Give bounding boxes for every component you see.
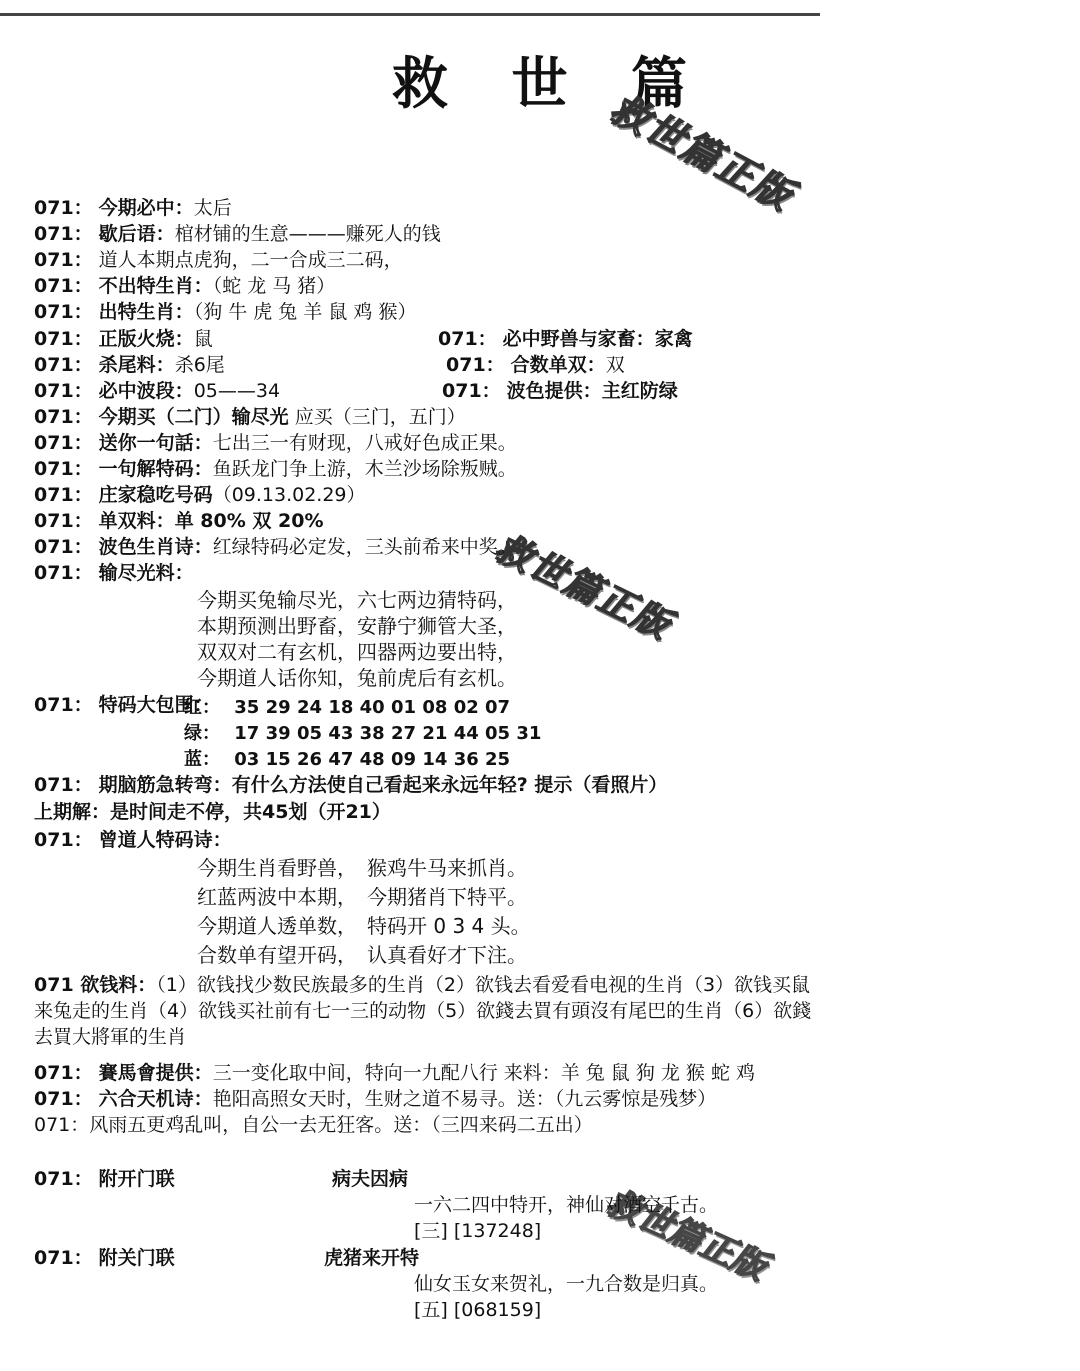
line-banker-numbers: 071：庄家稳吃号码（09.13.02.29） [34, 483, 366, 507]
couplet-close-verse: 仙女玉女来贺礼，一九合数是归真。 [414, 1272, 718, 1296]
line-wave-color: 071：波色提供：主红防绿 [442, 379, 678, 403]
couplet-open-code: [三] [137248] [414, 1219, 541, 1243]
line-phrase-special: 071：一句解特码：鱼跃龙门争上游，木兰沙场除叛贼。 [34, 457, 517, 481]
poem-line: 双双对二有玄机，四器两边要出特， [197, 639, 517, 665]
couplet-close-code: [五] [068159] [414, 1298, 541, 1322]
numbers-blue: 蓝： 03 15 26 47 48 09 14 36 25 [184, 745, 510, 771]
top-rule [0, 13, 820, 16]
line-riddle: 071：期脑筋急转弯：有什么方法使自己看起来永远年轻? 提示（看照片） [34, 773, 667, 797]
numbers-red: 红： 35 29 24 18 40 01 08 02 07 [184, 693, 510, 719]
line-daoren: 071：道人本期点虎狗，二一合成三二码， [34, 248, 403, 272]
poem-line: 今期生肖看野兽， 猴鸡牛马来抓肖。 [197, 855, 527, 881]
line-kill-tail: 071：杀尾料：杀6尾 [34, 353, 225, 377]
line-lose-all: 071：输尽光料： [34, 561, 194, 585]
poem-line: 今期道人透单数， 特码开 0 3 4 头。 [197, 913, 531, 939]
couplet-close-title: 虎猪来开特 [324, 1246, 419, 1270]
line-fire: 071：正版火烧：鼠 [34, 327, 213, 351]
couplet-open-label: 071：附开门联 [34, 1167, 175, 1191]
poem-line: 本期预测出野畜，安静宁狮管大圣， [197, 613, 517, 639]
poem-line: 合数单有望开码， 认真看好才下注。 [197, 942, 527, 968]
couplet-open-verse: 一六二四中特开，神仙对酒空千古。 [414, 1193, 718, 1217]
numbers-green: 绿： 17 39 05 43 38 27 21 44 05 31 [184, 719, 541, 745]
line-xiehouyu: 071：歇后语：棺材铺的生意———赚死人的钱 [34, 222, 441, 246]
line-gift-phrase: 071：送你一句話：七出三一有财现，八戒好色成正果。 [34, 431, 517, 455]
line-must-win: 071：今期必中：太后 [34, 196, 232, 220]
poem-line: 今期道人话你知，兔前虎后有玄机。 [197, 665, 517, 691]
couplet-close-label: 071：附关门联 [34, 1246, 175, 1270]
couplet-open-title: 病夫因病 [332, 1167, 408, 1191]
line-wave-range: 071：必中波段：05——34 [34, 379, 280, 403]
poem-line: 红蓝两波中本期， 今期猪肖下特平。 [197, 884, 527, 910]
line-beast-livestock: 071：必中野兽与家畜：家禽 [438, 327, 693, 351]
poem-line: 今期买兔输尽光，六七两边猜特码， [197, 587, 517, 613]
line-not-out-zodiac: 071：不出特生肖：（蛇 龙 马 猪） [34, 274, 335, 298]
line-odd-even: 071：单双料：单 80% 双 20% [34, 509, 324, 533]
line-out-zodiac: 071：出特生肖：（狗 牛 虎 兔 羊 鼠 鸡 猴） [34, 300, 416, 324]
line-last-answer: 上期解：是时间走不停，共45划（开21） [34, 800, 391, 824]
line-liuhe-poem: 071：六合天机诗：艳阳高照女天时，生财之道不易寻。送：（九云雾惊是残梦） [34, 1087, 716, 1111]
paragraph-wish: 071 欲钱料：（1）欲钱找少数民族最多的生肖（2）欲钱去看爱看电视的生肖（3）… [34, 972, 814, 1050]
line-buy-gates: 071：今期买（二门）输尽光 应买（三门，五门） [34, 405, 466, 429]
line-odd-even-sum: 071：合数单双：双 [446, 353, 625, 377]
line-poem2-label: 071：曾道人特码诗： [34, 828, 232, 852]
line-wind-rain: 071：风雨五更鸡乱叫，自公一去无狂客。送：（三四来码二五出） [34, 1113, 593, 1137]
line-jockey-club: 071：賽馬會提供：三一变化取中间，特向一九配八行 来料：羊 兔 鼠 狗 龙 猴… [34, 1061, 755, 1085]
line-wave-poem: 071：波色生肖诗：红绿特码必定发，三头前希来中奖。 [34, 535, 517, 559]
